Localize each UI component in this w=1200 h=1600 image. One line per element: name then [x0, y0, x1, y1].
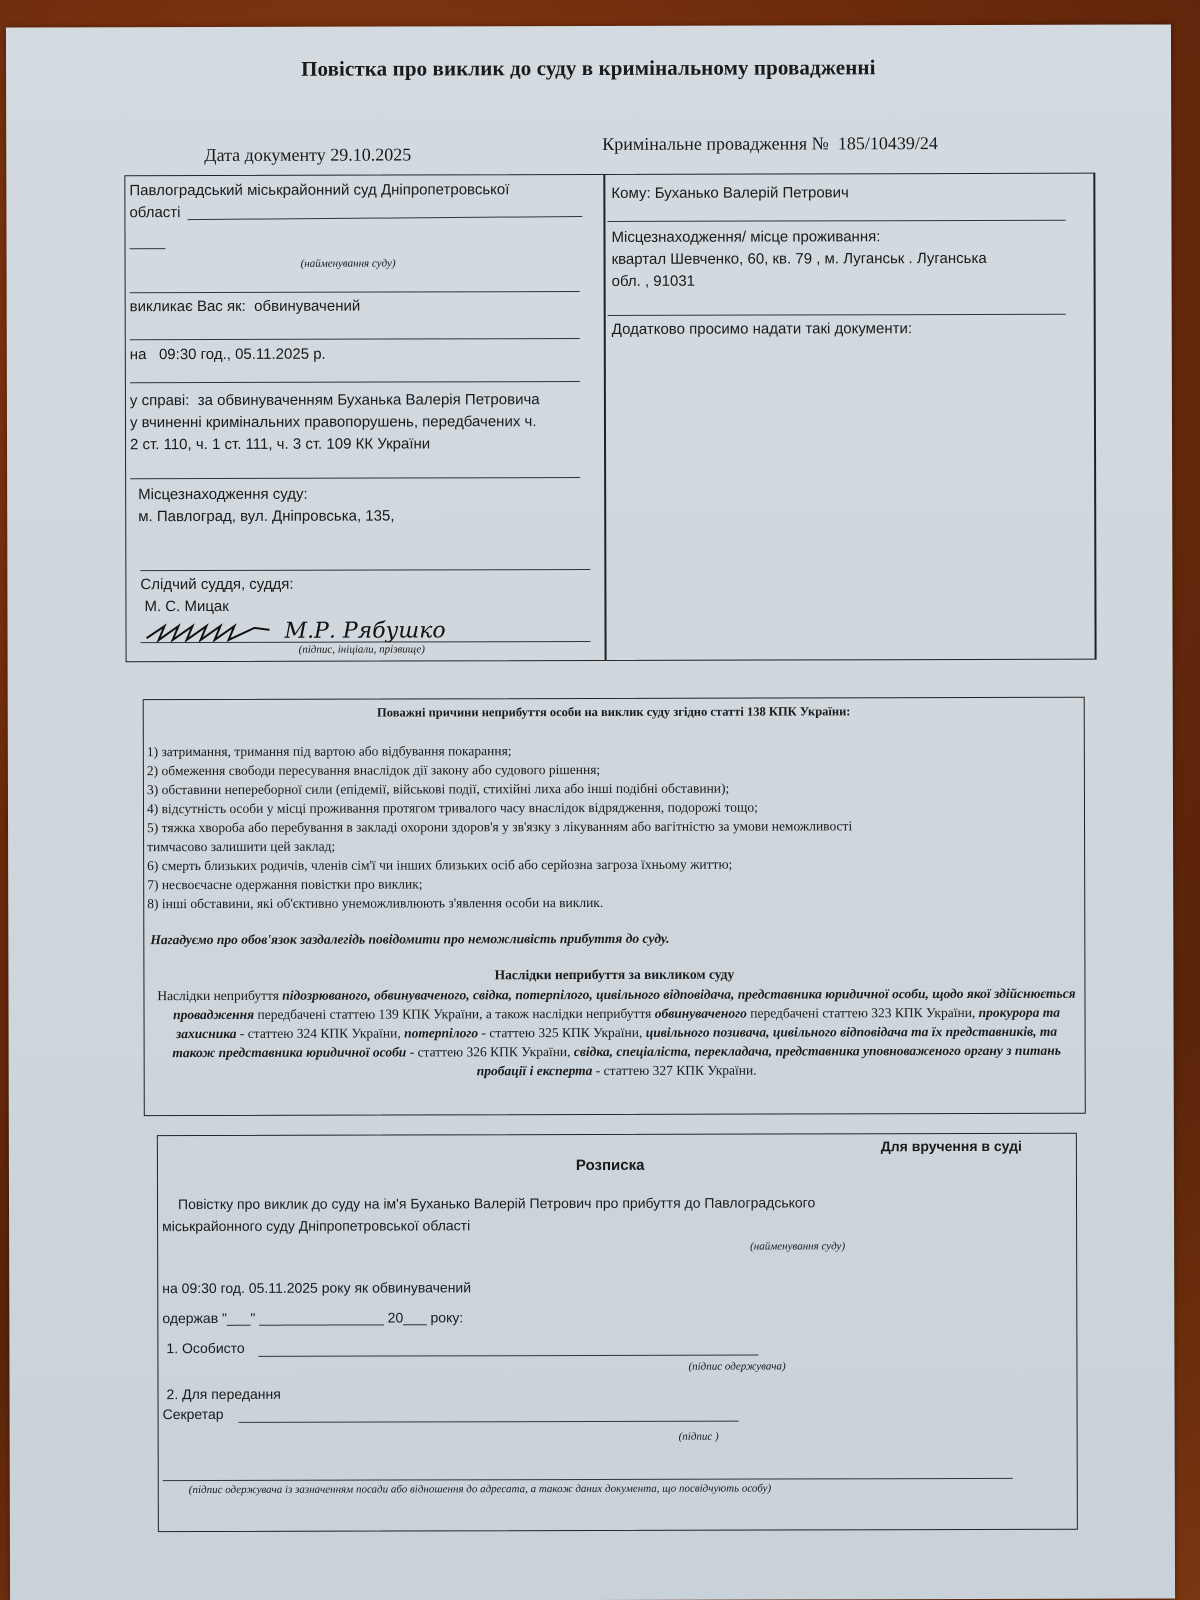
fill-line [130, 477, 580, 479]
receipt-section: Для вручення в суді Розписка Повістку пр… [157, 1133, 1078, 1532]
consequences-title: Наслідки неприбуття за викликом суду [144, 966, 1084, 984]
body-text: Наслідки неприбуття [157, 988, 282, 1003]
valid-reasons-section: Поважні причини неприбуття особи на викл… [143, 697, 1086, 1116]
for-court-delivery: Для вручення в суді [881, 1138, 1022, 1154]
secretary-signature-caption: (підпис ) [679, 1431, 719, 1443]
reason-item: 6) смерть близьких родичів, членів сім'ї… [147, 854, 852, 875]
received-date-field[interactable]: одержав "___" ________________ 20___ рок… [162, 1309, 463, 1326]
personally-label: 1. Особисто [166, 1340, 244, 1356]
reminder-note: Нагадуємо про обов'язок заздалегідь пові… [150, 931, 669, 948]
body-text: передбачені статтею 139 КПК України, а т… [254, 1006, 655, 1022]
signature-caption: (підпис, ініціали, прізвище) [299, 643, 425, 655]
receipt-court-caption: (найменування суду) [750, 1240, 845, 1252]
hearing-time: на 09:30 год., 05.11.2025 р. [130, 344, 326, 367]
secretary-signature-field[interactable] [239, 1421, 739, 1423]
consequences-text: Наслідки неприбуття підозрюваного, обвин… [156, 984, 1076, 1081]
reasons-list: 1) затримання, тримання під вартою або в… [147, 740, 853, 913]
case-number: Кримінальне провадження № 185/10439/24 [602, 133, 938, 155]
court-location: Місцезнаходження суду: м. Павлоград, вул… [138, 484, 394, 529]
court-address: м. Павлоград, вул. Дніпровська, 135, [138, 506, 394, 529]
receipt-time-line: на 09:30 год. 05.11.2025 року як обвинув… [162, 1279, 471, 1296]
hearing-time-value: 09:30 год., 05.11.2025 р. [159, 346, 326, 363]
footer-signature-field[interactable] [163, 1478, 1013, 1481]
document-date: Дата документу 29.10.2025 [204, 144, 411, 166]
fill-line [130, 248, 166, 249]
fill-line [608, 314, 1066, 316]
judge-name: М. С. Мицак [140, 596, 293, 618]
body-text: - статтею 324 КПК України, [237, 1025, 405, 1040]
reason-item: 7) несвоєчасне одержання повістки про ви… [147, 873, 852, 894]
fill-line [130, 291, 580, 293]
receipt-line-2: міськрайонного суду Дніпропетровської об… [162, 1217, 470, 1234]
summons-role-value: обвинувачений [254, 298, 360, 315]
document-date-value: 29.10.2025 [330, 144, 411, 164]
reason-item: тимчасово залишити цей заклад; [147, 835, 852, 856]
document-title: Повістка про виклик до суду в кримінальн… [301, 55, 876, 82]
fill-line [130, 381, 580, 383]
receipt-title: Розписка [576, 1157, 645, 1174]
reason-item: 8) інші обставини, які об'єктивно унемож… [147, 892, 852, 913]
body-text: - статтею 326 КПК України, [406, 1044, 574, 1059]
footer-caption: (підпис одержувача із зазначенням посади… [189, 1483, 771, 1497]
summons-document: Повістка про виклик до суду в кримінальн… [6, 24, 1175, 1600]
judge-info: Слідчий суддя, суддя: М. С. Мицак [140, 574, 293, 618]
reason-item: 4) відсутність особи у місці проживання … [147, 797, 852, 818]
svg-text:М.Р. Рябушко: М.Р. Рябушко [283, 618, 445, 643]
body-text: - статтею 327 КПК України. [592, 1063, 756, 1078]
receipt-line-1: Повістку про виклик до суду на ім'я Буха… [178, 1194, 815, 1212]
reason-item: 3) обставини непереборної сили (епідемії… [147, 778, 852, 799]
fill-line [607, 220, 1065, 222]
court-name-caption: (найменування суду) [301, 258, 396, 270]
addressee-name: Буханько Валерій Петрович [655, 184, 849, 202]
recipient-signature-caption: (підпис одержувача) [688, 1360, 785, 1372]
body-text: - статтею 325 КПК України, [478, 1025, 646, 1040]
for-transfer-label: 2. Для передання [166, 1386, 280, 1402]
emphasized-text: обвинуваченого [655, 1006, 747, 1021]
addressee-residence: Місцезнаходження/ місце проживання: квар… [611, 226, 1081, 293]
reason-item: 5) тяжка хвороба або перебування в закла… [147, 816, 852, 837]
reason-item: 2) обмеження свободи пересування внаслід… [147, 759, 852, 780]
fill-line [140, 569, 590, 571]
secretary-label: Секретар [163, 1406, 224, 1422]
reasons-title: Поважні причини неприбуття особи на викл… [144, 704, 1084, 721]
reason-item: 1) затримання, тримання під вартою або в… [147, 740, 852, 761]
column-divider [603, 175, 606, 660]
summons-details-table: Павлоградський міськрайонний суд Дніпроп… [124, 173, 1096, 663]
case-matter: у справі: за обвинуваченням Буханька Вал… [130, 389, 602, 456]
fill-line [130, 338, 580, 340]
summons-role: викликає Вас як: обвинувачений [130, 296, 361, 319]
addressee: Кому: Буханько Валерій Петрович [611, 182, 849, 205]
extra-documents-label: Додатково просимо надати такі документи: [612, 318, 912, 341]
body-text: передбачені статтею 323 КПК України, [747, 1005, 979, 1021]
recipient-signature-field[interactable] [258, 1355, 758, 1357]
case-number-value: 185/10439/24 [838, 133, 938, 153]
residence-address: квартал Шевченко, 60, кв. 79 , м. Луганс… [612, 248, 1082, 271]
emphasized-text: потерпілого [404, 1025, 478, 1040]
